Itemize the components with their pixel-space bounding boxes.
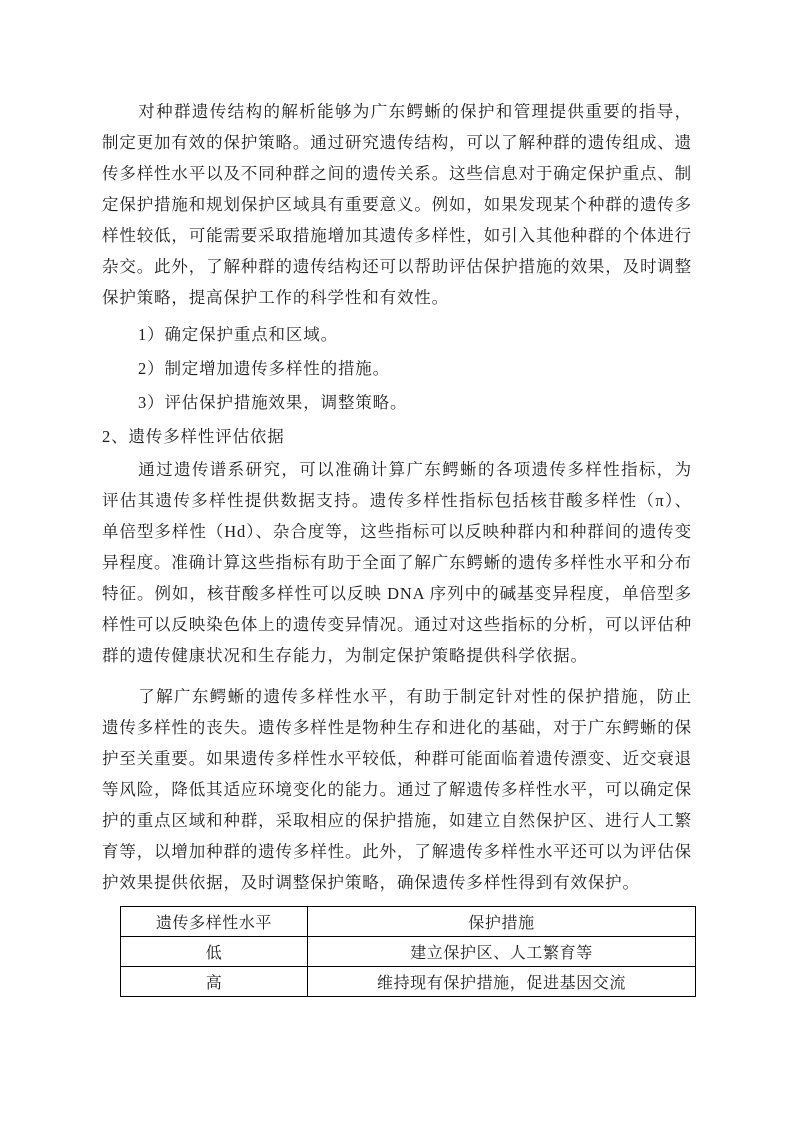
paragraph-population-structure: 对种群遗传结构的解析能够为广东鳄蜥的保护和管理提供重要的指导，制定更加有效的保护… — [102, 96, 692, 313]
list-item-2: 2）制定增加遗传多样性的措施。 — [102, 353, 692, 384]
table-header-row: 遗传多样性水平 保护措施 — [121, 907, 696, 937]
paragraph-diversity-level: 了解广东鳄蜥的遗传多样性水平，有助于制定针对性的保护措施，防止遗传多样性的丧失。… — [102, 681, 692, 898]
table-row: 低 建立保护区、人工繁育等 — [121, 937, 696, 967]
document-page: 对种群遗传结构的解析能够为广东鳄蜥的保护和管理提供重要的指导，制定更加有效的保护… — [0, 0, 793, 1122]
table-header-cell-level: 遗传多样性水平 — [121, 907, 308, 937]
table-row: 高 维持现有保护措施，促进基因交流 — [121, 967, 696, 997]
list-item-3: 3）评估保护措施效果，调整策略。 — [102, 387, 692, 418]
diversity-measures-table: 遗传多样性水平 保护措施 低 建立保护区、人工繁育等 高 维持现有保护措施，促进… — [120, 906, 696, 997]
list-item-1: 1）确定保护重点和区域。 — [102, 319, 692, 350]
numbered-list: 1）确定保护重点和区域。 2）制定增加遗传多样性的措施。 3）评估保护措施效果，… — [102, 319, 692, 418]
table-cell-measure-low: 建立保护区、人工繁育等 — [308, 937, 696, 967]
table-cell-level-low: 低 — [121, 937, 308, 967]
paragraph-genetic-indicators: 通过遗传谱系研究，可以准确计算广东鳄蜥的各项遗传多样性指标，为评估其遗传多样性提… — [102, 454, 692, 671]
table-cell-measure-high: 维持现有保护措施，促进基因交流 — [308, 967, 696, 997]
table-cell-level-high: 高 — [121, 967, 308, 997]
section-heading-genetic-diversity-basis: 2、遗传多样性评估依据 — [102, 421, 692, 452]
table-header-cell-measure: 保护措施 — [308, 907, 696, 937]
